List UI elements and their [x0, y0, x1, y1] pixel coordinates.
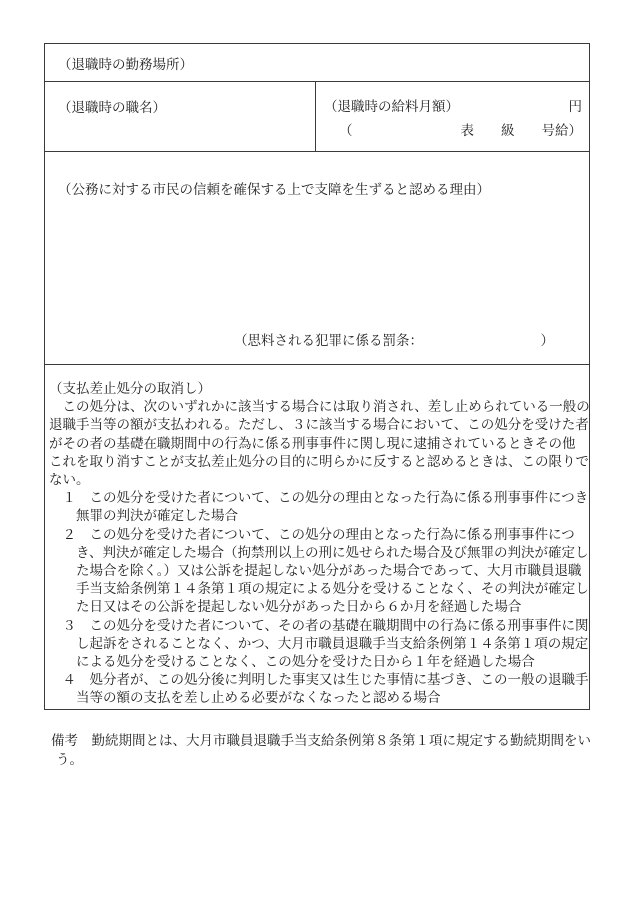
job-title-cell: （退職時の職名）: [45, 82, 315, 151]
cancellation-line: １ この処分を受けた者について、この処分の理由となった行為に係る刑事事件につき: [49, 489, 585, 507]
penal-clause-label: （思料される犯罪に係る罰条：: [234, 329, 423, 349]
form-page: （退職時の勤務場所） （退職時の職名） （退職時の給料月額） 円 （ 表 級 号…: [0, 0, 630, 903]
cancellation-line: た場合を除く。）又は公訴を提起しない処分があった場合であって、大月市職員退職: [49, 562, 585, 580]
salary-label: （退職時の給料月額）: [324, 95, 459, 115]
reason-label: （公務に対する市民の信頼を確保する上で支障を生ずると認める理由）: [45, 152, 589, 198]
salary-line: （退職時の給料月額） 円: [324, 95, 589, 115]
cancellation-section: （支払差止処分の取消し） この処分は、次のいずれかに該当する場合には取り消され、…: [45, 364, 589, 709]
cancellation-line: 無罪の判決が確定した場合: [49, 507, 585, 525]
penal-clause-line: （思料される犯罪に係る罰条： ）: [45, 329, 589, 347]
cancellation-line: ４ 処分者が、この処分後に判明した事実又は生じた事情に基づき、この一般の退職手: [49, 671, 585, 689]
job-title-label: （退職時の職名）: [58, 100, 166, 115]
cancellation-line: ３ この処分を受けた者について、その者の基礎在職期間中の行為に係る刑事事件に関: [49, 617, 585, 635]
form-table: （退職時の勤務場所） （退職時の職名） （退職時の給料月額） 円 （ 表 級 号…: [44, 43, 590, 710]
cancellation-line: 手当支給条例第１４条第１項の規定による処分を受けることなく、その判決が確定し: [49, 580, 585, 598]
cancellation-line: ない。: [49, 471, 585, 489]
salary-grade-line: （ 表 級 号給）: [324, 119, 589, 139]
remarks-line-2: う。: [51, 750, 596, 769]
salary-unit-label: 円: [569, 95, 583, 115]
cancellation-line: 退職手当等の額が支払われる。ただし、３に該当する場合において、この処分を受けた者: [49, 416, 585, 434]
workplace-row: （退職時の勤務場所）: [45, 44, 589, 81]
cancellation-line: た日又はその公訴を提起しない処分があった日から６か月を経過した場合: [49, 598, 585, 616]
penal-clause-close-paren: ）: [541, 329, 555, 349]
cancellation-line: し起訴をされることなく、かつ、大月市職員退職手当支給条例第１４条第１項の規定: [49, 635, 585, 653]
reason-row: （公務に対する市民の信頼を確保する上で支障を生ずると認める理由） （思料される犯…: [45, 151, 589, 364]
workplace-label: （退職時の勤務場所）: [58, 57, 193, 72]
cancellation-line: き、判決が確定した場合（拘禁刑以上の刑に処せられた場合及び無罪の判決が確定し: [49, 544, 585, 562]
cancellation-line: （支払差止処分の取消し）: [49, 380, 585, 398]
cancellation-line: 当等の額の支払を差し止める必要がなくなったと認める場合: [49, 689, 585, 707]
cancellation-line: これを取り消すことが支払差止処分の目的に明らかに反すると認めるときは、この限りで: [49, 453, 585, 471]
cancellation-line: この処分は、次のいずれかに該当する場合には取り消され、差し止められている一般の: [49, 398, 585, 416]
salary-cell: （退職時の給料月額） 円 （ 表 級 号給）: [315, 82, 589, 151]
cancellation-line: ２ この処分を受けた者について、この処分の理由となった行為に係る刑事事件につ: [49, 526, 585, 544]
remarks-block: 備考 勤続期間とは、大月市職員退職手当支給条例第８条第１項に規定する勤続期間をい…: [51, 731, 596, 769]
cancellation-line: による処分を受けることなく、この処分を受けた日から１年を経過した場合: [49, 653, 585, 671]
cancellation-line: がその者の基礎在職期間中の行為に係る刑事事件に関し現に逮捕されているときその他: [49, 435, 585, 453]
title-salary-row: （退職時の職名） （退職時の給料月額） 円 （ 表 級 号給）: [45, 81, 589, 151]
remarks-line-1: 備考 勤続期間とは、大月市職員退職手当支給条例第８条第１項に規定する勤続期間をい: [51, 731, 596, 750]
